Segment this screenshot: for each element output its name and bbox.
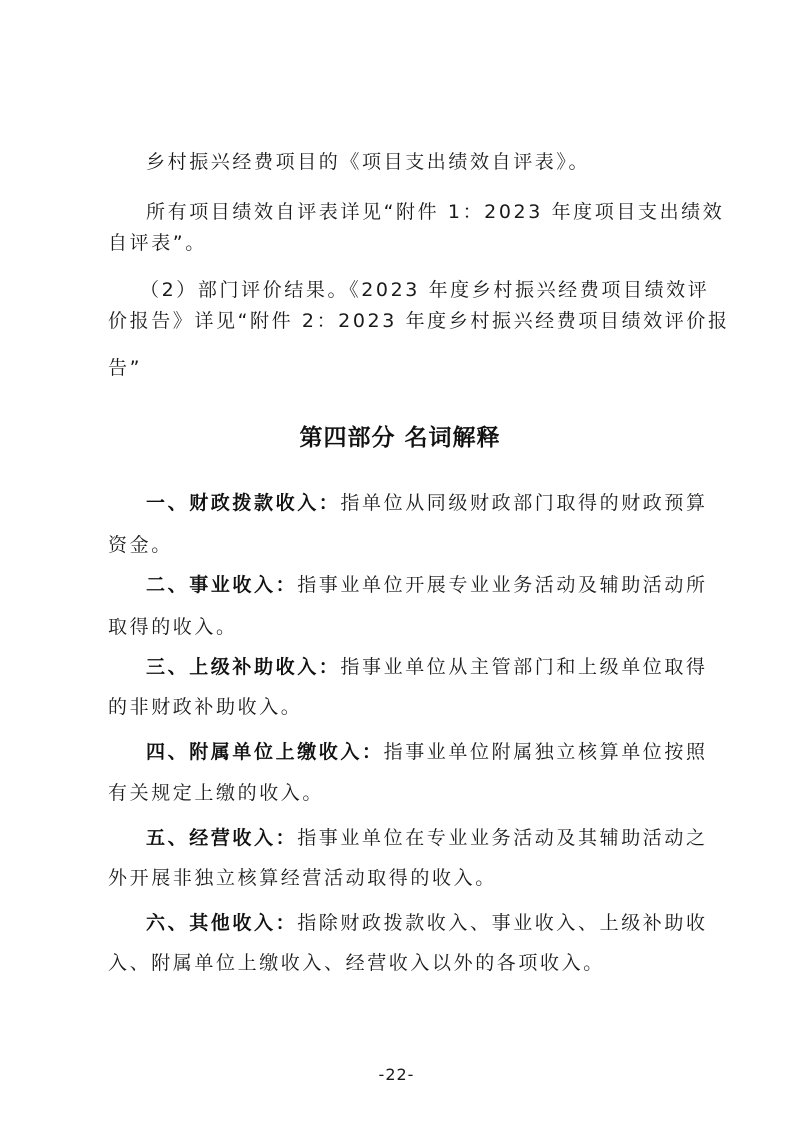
definition-4: 四、附属单位上缴收入：指事业单位附属独立核算单位按照 (146, 740, 692, 764)
definition-term: 一、财政拨款收入： (146, 492, 340, 514)
page-number: -22- (0, 1065, 793, 1085)
definition-6-line-2: 入、附属单位上缴收入、经营收入以外的各项收入。 (108, 951, 692, 975)
definition-2: 二、事业收入：指事业单位开展专业业务活动及辅助活动所 (146, 573, 692, 597)
definition-2-line-2: 取得的收入。 (108, 615, 692, 639)
definition-text: 指事业单位在专业业务活动及其辅助活动之 (297, 827, 707, 849)
definition-term: 三、上级补助收入： (146, 656, 340, 678)
definition-5-line-2: 外开展非独立核算经营活动取得的收入。 (108, 866, 692, 890)
definition-text: 指单位从同级财政部门取得的财政预算 (340, 492, 707, 514)
definition-1-line-2: 资金。 (108, 533, 692, 557)
definition-1: 一、财政拨款收入：指单位从同级财政部门取得的财政预算 (146, 491, 692, 515)
definition-text: 指事业单位从主管部门和上级单位取得 (340, 656, 707, 678)
definition-3-line-2: 的非财政补助收入。 (108, 695, 692, 719)
definition-term: 四、附属单位上缴收入： (146, 741, 384, 763)
definition-term: 五、经营收入： (146, 827, 297, 849)
definition-term: 二、事业收入： (146, 574, 297, 596)
attachment-1-paragraph-line-2: 自评表”。 (108, 231, 692, 255)
evaluation-result-line-1: （2）部门评价结果。《2023 年度乡村振兴经费项目绩效评 (140, 278, 692, 302)
intro-line-1: 乡村振兴经费项目的《项目支出绩效自评表》。 (146, 150, 692, 174)
definition-text: 指事业单位开展专业业务活动及辅助活动所 (297, 574, 707, 596)
section-title: 第四部分 名词解释 (108, 423, 692, 453)
definition-3: 三、上级补助收入：指事业单位从主管部门和上级单位取得 (146, 655, 692, 679)
evaluation-result-line-3: 告” (108, 356, 692, 380)
definition-text: 指事业单位附属独立核算单位按照 (384, 741, 708, 763)
evaluation-result-line-2: 价报告》详见“附件 2：2023 年度乡村振兴经费项目绩效评价报 (108, 309, 692, 333)
definition-5: 五、经营收入：指事业单位在专业业务活动及其辅助活动之 (146, 826, 692, 850)
definition-text: 指除财政拨款收入、事业收入、上级补助收 (297, 912, 707, 934)
definition-4-line-2: 有关规定上缴的收入。 (108, 781, 692, 805)
definition-6: 六、其他收入：指除财政拨款收入、事业收入、上级补助收 (146, 911, 692, 935)
definition-term: 六、其他收入： (146, 912, 297, 934)
attachment-1-paragraph-line-1: 所有项目绩效自评表详见“附件 1：2023 年度项目支出绩效 (146, 200, 692, 224)
